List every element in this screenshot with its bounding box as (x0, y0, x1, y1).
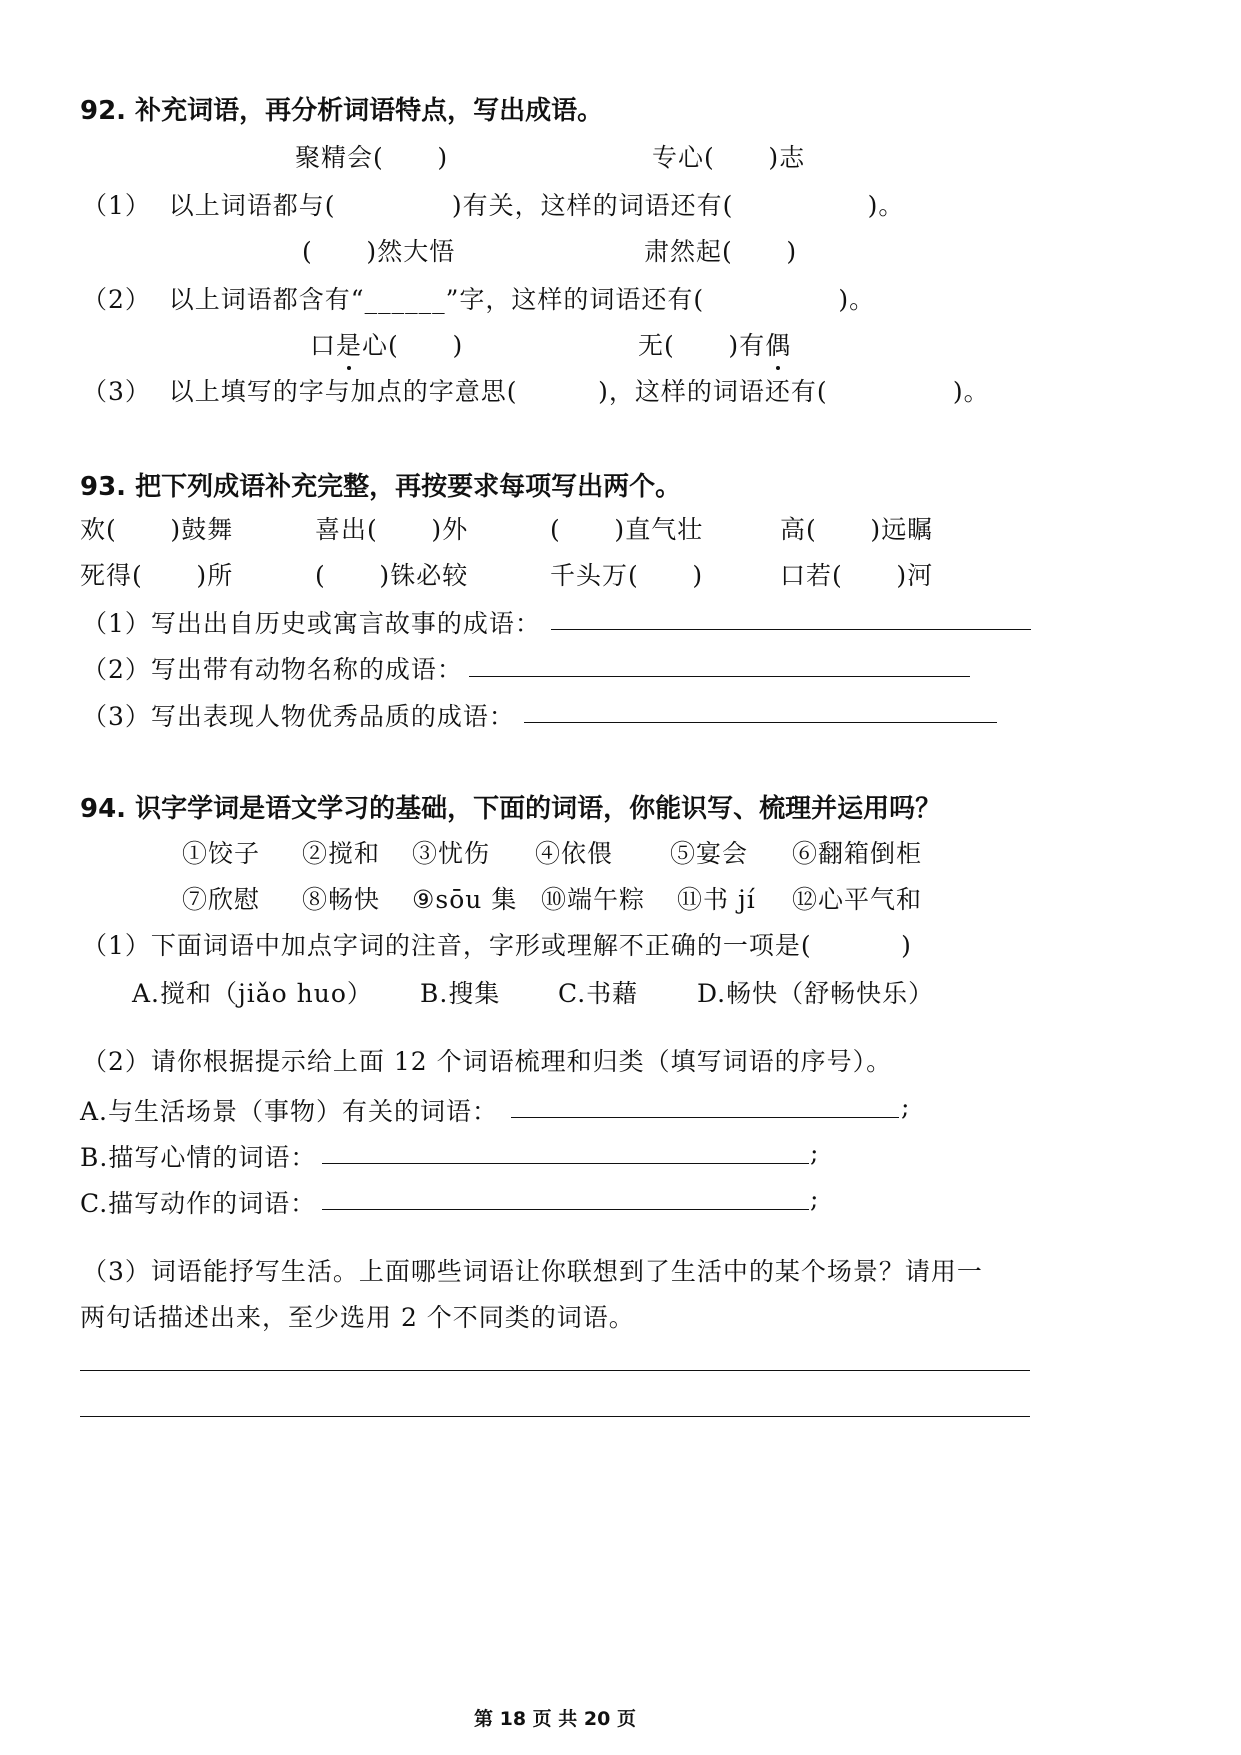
word-10: ⑩端午粽 (541, 880, 645, 916)
idiom-2: 喜出( )外 (315, 510, 468, 546)
option-c[interactable]: C.书藉 (558, 974, 638, 1010)
q92-word-4: 肃然起( ) (644, 232, 797, 268)
q92-title: 92. 补充词语，再分析词语特点，写出成语。 (80, 90, 603, 127)
q92-word-6: 无( )有偶 (638, 326, 791, 362)
q93-prompt-2: （2）写出带有动物名称的成语： (82, 650, 463, 686)
answer-line[interactable] (551, 629, 1031, 630)
q93-prompt-3: （3）写出表现人物优秀品质的成语： (82, 697, 515, 733)
q94-sub-1: （1）下面词语中加点字词的注音，字形或理解不正确的一项是( ) (82, 926, 912, 962)
q92-part-1: （1） 以上词语都与( )有关，这样的词语还有( )。 (82, 186, 904, 222)
writing-line[interactable] (80, 1416, 1030, 1417)
q92-word-5: 口是心( ) (310, 326, 463, 362)
word-8: ⑧畅快 (302, 880, 380, 916)
word-3: ③忧伤 (412, 834, 490, 870)
text: 无( )有 (638, 331, 765, 360)
text: 口 (310, 331, 336, 360)
word-5: ⑤宴会 (670, 834, 748, 870)
option-d[interactable]: D.畅快（舒畅快乐） (697, 974, 934, 1010)
q92-word-3: ( )然大悟 (302, 232, 455, 268)
word-11: ⑪书 jí (677, 880, 756, 916)
q94-sub-2: （2）请你根据提示给上面 12 个词语梳理和归类（填写词语的序号）。 (82, 1042, 892, 1078)
semicolon: ; (810, 1138, 819, 1167)
word-4: ④依偎 (535, 834, 613, 870)
word-2: ②搅和 (302, 834, 380, 870)
q92-part-2: （2） 以上词语都含有“______”字，这样的词语还有( )。 (82, 280, 875, 316)
idiom-7: 千头万( ) (550, 556, 703, 592)
idiom-1: 欢( )鼓舞 (80, 510, 233, 546)
answer-line[interactable] (322, 1209, 809, 1210)
category-a: A.与生活场景（事物）有关的词语： (80, 1092, 498, 1128)
q94-sub-3-line-1: （3）词语能抒写生活。上面哪些词语让你联想到了生活中的某个场景？请用一 (82, 1252, 983, 1288)
idiom-4: 高( )远瞩 (780, 510, 933, 546)
idiom-3: ( )直气壮 (550, 510, 703, 546)
option-b[interactable]: B.搜集 (420, 974, 500, 1010)
q93-prompt-1: （1）写出出自历史或寓言故事的成语： (82, 604, 541, 640)
q93-title: 93. 把下列成语补充完整，再按要求每项写出两个。 (80, 466, 681, 503)
semicolon: ; (901, 1092, 910, 1121)
writing-line[interactable] (80, 1370, 1030, 1371)
q92-word-2: 专心( )志 (652, 138, 805, 174)
word-12: ⑫心平气和 (792, 880, 922, 916)
answer-line[interactable] (469, 676, 970, 677)
option-a[interactable]: A.搅和（jiǎo huo） (132, 974, 373, 1010)
answer-line[interactable] (511, 1117, 899, 1118)
answer-line[interactable] (322, 1163, 809, 1164)
q94-sub-3-line-2: 两句话描述出来，至少选用 2 个不同类的词语。 (80, 1298, 635, 1334)
q94-title: 94. 识字学词是语文学习的基础，下面的词语，你能识写、梳理并运用吗？ (80, 788, 941, 825)
category-b: B.描写心情的词语： (80, 1138, 316, 1174)
dotted-char: 是 (336, 326, 362, 362)
q92-word-1: 聚精会( ) (295, 138, 448, 174)
word-6: ⑥翻箱倒柜 (792, 834, 922, 870)
idiom-6: ( )铢必较 (315, 556, 468, 592)
dotted-char: 偶 (765, 326, 791, 362)
idiom-8: 口若( )河 (780, 556, 933, 592)
text: 心( ) (362, 331, 463, 360)
answer-line[interactable] (524, 722, 997, 723)
page-number: 第 18 页 共 20 页 (0, 1704, 1110, 1731)
word-9: ⑨sōu 集 (412, 880, 517, 916)
idiom-5: 死得( )所 (80, 556, 233, 592)
semicolon: ; (810, 1184, 819, 1213)
word-1: ①饺子 (182, 834, 260, 870)
category-c: C.描写动作的词语： (80, 1184, 316, 1220)
word-7: ⑦欣慰 (182, 880, 260, 916)
q92-part-3: （3） 以上填写的字与加点的字意思( )，这样的词语还有( )。 (82, 372, 990, 408)
